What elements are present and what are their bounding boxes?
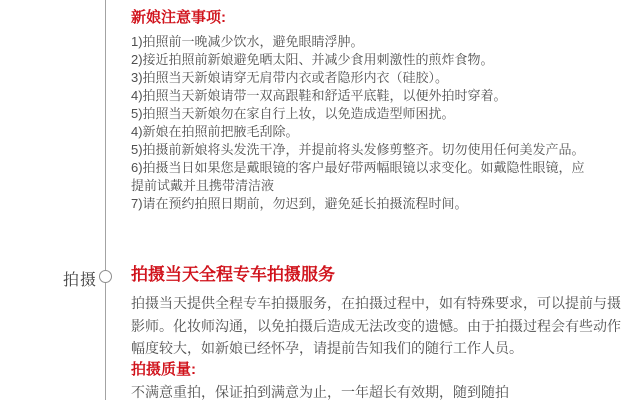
timeline-node-circle	[99, 270, 112, 283]
bride-notes-heading: 新娘注意事项:	[131, 8, 637, 28]
shooting-quality-heading: 拍摄质量:	[131, 360, 637, 379]
bride-notes-list: 1)拍照前一晚减少饮水，避免眼睛浮肿。2)接近拍照前新娘避免晒太阳、并减少食用刺…	[131, 33, 637, 213]
page: 拍摄 新娘注意事项: 1)拍照前一晚减少饮水，避免眼睛浮肿。2)接近拍照前新娘避…	[0, 0, 640, 400]
shooting-quality-body: 不满意重拍，保证拍到满意为止，一年超长有效期，随到随拍	[131, 381, 629, 400]
note-item: 7)请在预约拍照日期前，勿迟到，避免延长拍摄流程时间。	[131, 195, 637, 213]
content-column: 新娘注意事项: 1)拍照前一晚减少饮水，避免眼睛浮肿。2)接近拍照前新娘避免晒太…	[131, 8, 637, 400]
shooting-service-body: 拍摄当天提供全程专车拍摄服务，在拍摄过程中，如有特殊要求，可以提前与摄影师。化妆…	[131, 292, 629, 360]
note-item: 1)拍照前一晚减少饮水，避免眼睛浮肿。	[131, 33, 637, 51]
section-bride-notes: 新娘注意事项: 1)拍照前一晚减少饮水，避免眼睛浮肿。2)接近拍照前新娘避免晒太…	[131, 8, 637, 213]
shooting-service-heading: 拍摄当天全程专车拍摄服务	[131, 264, 637, 285]
section-shooting-service: 拍摄当天全程专车拍摄服务 拍摄当天提供全程专车拍摄服务，在拍摄过程中，如有特殊要…	[131, 264, 637, 400]
note-item: 6)拍摄当日如果您是戴眼镜的客户最好带两幅眼镜以求变化。如戴隐性眼镜，应 提前试…	[131, 159, 637, 195]
note-item: 5)拍摄前新娘将头发洗干净，并提前将头发修剪整齐。切勿使用任何美发产品。	[131, 141, 637, 159]
note-item: 5)拍照当天新娘勿在家自行上妆，以免造成造型师困扰。	[131, 105, 637, 123]
timeline-stage-label: 拍摄	[0, 267, 97, 290]
note-item: 4)拍照当天新娘请带一双高跟鞋和舒适平底鞋，以便外拍时穿着。	[131, 87, 637, 105]
note-item: 4)新娘在拍照前把腋毛刮除。	[131, 123, 637, 141]
note-item: 2)接近拍照前新娘避免晒太阳、并减少食用刺激性的煎炸食物。	[131, 51, 637, 69]
note-item: 3)拍照当天新娘请穿无肩带内衣或者隐形内衣（硅胶）。	[131, 69, 637, 87]
timeline-line	[105, 0, 106, 400]
